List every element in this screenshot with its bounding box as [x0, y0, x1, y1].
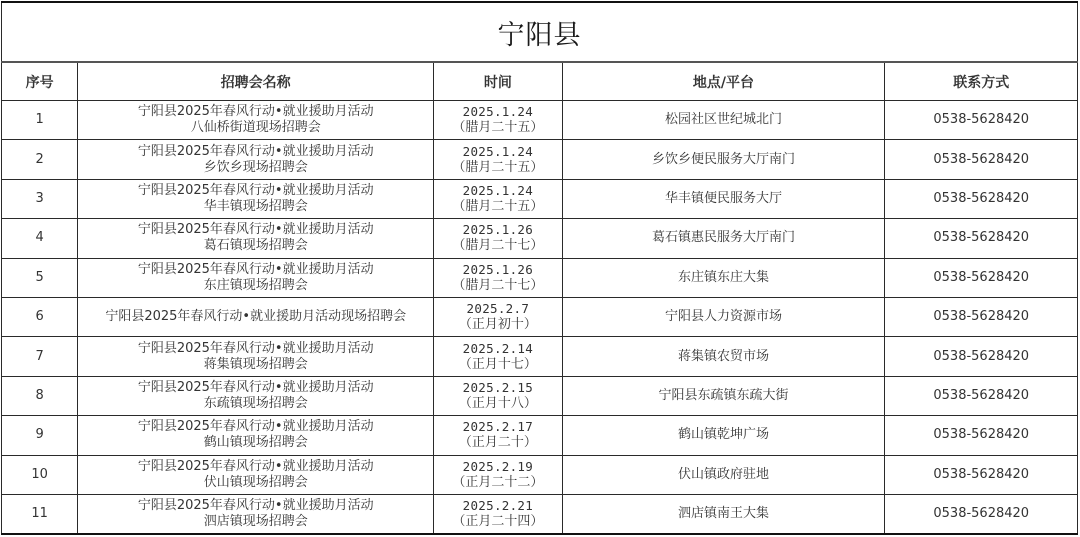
header-no: 序号	[2, 62, 78, 101]
header-row: 序号 招聘会名称 时间 地点/平台 联系方式	[2, 62, 1078, 101]
cell-name: 宁阳县2025年春风行动•就业援助月活动 伏山镇现场招聘会	[78, 455, 434, 494]
cell-place: 伏山镇政府驻地	[562, 455, 885, 494]
contact-phone: 0538-5628420	[933, 191, 1029, 206]
cell-place: 蒋集镇农贸市场	[562, 337, 885, 376]
fair-name-line1: 宁阳县2025年春风行动•就业援助月活动	[78, 459, 433, 475]
fair-name-line2: 东庄镇现场招聘会	[78, 278, 433, 294]
row-number: 5	[35, 270, 43, 285]
fair-lunar-date: （正月初十）	[434, 317, 561, 333]
row-number: 6	[35, 309, 43, 324]
fair-date: 2025.2.14	[434, 341, 561, 357]
cell-time: 2025.2.15 （正月十八）	[434, 376, 562, 415]
fair-name-line2: 蒋集镇现场招聘会	[78, 357, 433, 373]
header-contact: 联系方式	[885, 62, 1078, 101]
contact-phone: 0538-5628420	[933, 467, 1029, 482]
header-name: 招聘会名称	[78, 62, 434, 101]
cell-name: 宁阳县2025年春风行动•就业援助月活动 葛石镇现场招聘会	[78, 219, 434, 258]
fair-date: 2025.2.19	[434, 459, 561, 475]
row-number: 4	[35, 230, 43, 245]
fair-name-line1: 宁阳县2025年春风行动•就业援助月活动	[78, 222, 433, 238]
header-place: 地点/平台	[562, 62, 885, 101]
cell-name: 宁阳县2025年春风行动•就业援助月活动 乡饮乡现场招聘会	[78, 140, 434, 179]
row-number: 8	[35, 388, 43, 403]
fair-place: 鹤山镇乾坤广场	[678, 427, 769, 442]
cell-time: 2025.1.24 （腊月二十五）	[434, 179, 562, 218]
fair-place: 伏山镇政府驻地	[678, 467, 769, 482]
cell-no: 11	[2, 494, 78, 534]
fair-lunar-date: （腊月二十五）	[434, 199, 561, 215]
fair-name-line1: 宁阳县2025年春风行动•就业援助月活动	[78, 183, 433, 199]
cell-name: 宁阳县2025年春风行动•就业援助月活动 华丰镇现场招聘会	[78, 179, 434, 218]
fair-place: 蒋集镇农贸市场	[678, 349, 769, 364]
fair-date: 2025.1.24	[434, 183, 561, 199]
contact-phone: 0538-5628420	[933, 388, 1029, 403]
fair-name-line2: 八仙桥街道现场招聘会	[78, 120, 433, 136]
cell-contact: 0538-5628420	[885, 416, 1078, 455]
cell-contact: 0538-5628420	[885, 140, 1078, 179]
fair-name-line1: 宁阳县2025年春风行动•就业援助月活动	[78, 341, 433, 357]
fair-place: 乡饮乡便民服务大厅南门	[652, 152, 795, 167]
fair-name-line2: 乡饮乡现场招聘会	[78, 160, 433, 176]
table-row: 8 宁阳县2025年春风行动•就业援助月活动 东疏镇现场招聘会 2025.2.1…	[2, 376, 1078, 415]
fair-name-line1: 宁阳县2025年春风行动•就业援助月活动	[78, 380, 433, 396]
contact-phone: 0538-5628420	[933, 152, 1029, 167]
fair-name-line2: 伏山镇现场招聘会	[78, 475, 433, 491]
cell-place: 华丰镇便民服务大厅	[562, 179, 885, 218]
cell-no: 7	[2, 337, 78, 376]
row-number: 9	[35, 427, 43, 442]
fair-lunar-date: （腊月二十七）	[434, 238, 561, 254]
contact-phone: 0538-5628420	[933, 309, 1029, 324]
contact-phone: 0538-5628420	[933, 230, 1029, 245]
table-row: 10 宁阳县2025年春风行动•就业援助月活动 伏山镇现场招聘会 2025.2.…	[2, 455, 1078, 494]
contact-phone: 0538-5628420	[933, 349, 1029, 364]
title-row: 宁阳县	[2, 2, 1078, 62]
table-row: 4 宁阳县2025年春风行动•就业援助月活动 葛石镇现场招聘会 2025.1.2…	[2, 219, 1078, 258]
table-row: 2 宁阳县2025年春风行动•就业援助月活动 乡饮乡现场招聘会 2025.1.2…	[2, 140, 1078, 179]
cell-time: 2025.2.14 （正月十七）	[434, 337, 562, 376]
fair-name-line2: 东疏镇现场招聘会	[78, 396, 433, 412]
row-number: 11	[31, 506, 48, 521]
cell-place: 松园社区世纪城北门	[562, 101, 885, 140]
fair-name-line2: 葛石镇现场招聘会	[78, 238, 433, 254]
fair-lunar-date: （腊月二十七）	[434, 278, 561, 294]
cell-contact: 0538-5628420	[885, 258, 1078, 297]
cell-time: 2025.2.17 （正月二十）	[434, 416, 562, 455]
table-row: 1 宁阳县2025年春风行动•就业援助月活动 八仙桥街道现场招聘会 2025.1…	[2, 101, 1078, 140]
row-number: 7	[35, 349, 43, 364]
fair-name-line1: 宁阳县2025年春风行动•就业援助月活动	[78, 144, 433, 160]
fair-date: 2025.1.26	[434, 262, 561, 278]
fair-name-line2: 华丰镇现场招聘会	[78, 199, 433, 215]
cell-contact: 0538-5628420	[885, 337, 1078, 376]
cell-name: 宁阳县2025年春风行动•就业援助月活动 东疏镇现场招聘会	[78, 376, 434, 415]
cell-contact: 0538-5628420	[885, 455, 1078, 494]
cell-name: 宁阳县2025年春风行动•就业援助月活动 八仙桥街道现场招聘会	[78, 101, 434, 140]
fair-lunar-date: （正月二十二）	[434, 475, 561, 491]
fair-lunar-date: （正月十七）	[434, 357, 561, 373]
cell-name: 宁阳县2025年春风行动•就业援助月活动 蒋集镇现场招聘会	[78, 337, 434, 376]
cell-no: 10	[2, 455, 78, 494]
row-number: 2	[35, 152, 43, 167]
fair-place: 华丰镇便民服务大厅	[665, 191, 782, 206]
contact-phone: 0538-5628420	[933, 112, 1029, 127]
fair-name-line2: 鹤山镇现场招聘会	[78, 435, 433, 451]
cell-contact: 0538-5628420	[885, 101, 1078, 140]
cell-name: 宁阳县2025年春风行动•就业援助月活动 鹤山镇现场招聘会	[78, 416, 434, 455]
fair-name-line2: 泗店镇现场招聘会	[78, 514, 433, 530]
cell-no: 3	[2, 179, 78, 218]
fair-lunar-date: （腊月二十五）	[434, 120, 561, 136]
cell-no: 1	[2, 101, 78, 140]
fair-place: 泗店镇南王大集	[678, 506, 769, 521]
table-row: 11 宁阳县2025年春风行动•就业援助月活动 泗店镇现场招聘会 2025.2.…	[2, 494, 1078, 534]
table-row: 7 宁阳县2025年春风行动•就业援助月活动 蒋集镇现场招聘会 2025.2.1…	[2, 337, 1078, 376]
cell-place: 东庄镇东庄大集	[562, 258, 885, 297]
fair-date: 2025.1.26	[434, 222, 561, 238]
fair-lunar-date: （腊月二十五）	[434, 160, 561, 176]
cell-place: 泗店镇南王大集	[562, 494, 885, 534]
header-time: 时间	[434, 62, 562, 101]
cell-name: 宁阳县2025年春风行动•就业援助月活动 东庄镇现场招聘会	[78, 258, 434, 297]
fair-place: 葛石镇惠民服务大厅南门	[652, 230, 795, 245]
cell-place: 宁阳县人力资源市场	[562, 297, 885, 336]
cell-no: 5	[2, 258, 78, 297]
cell-no: 9	[2, 416, 78, 455]
cell-time: 2025.1.24 （腊月二十五）	[434, 140, 562, 179]
table-title: 宁阳县	[2, 2, 1078, 62]
cell-time: 2025.2.19 （正月二十二）	[434, 455, 562, 494]
fair-name-line1: 宁阳县2025年春风行动•就业援助月活动	[78, 262, 433, 278]
table-row: 9 宁阳县2025年春风行动•就业援助月活动 鹤山镇现场招聘会 2025.2.1…	[2, 416, 1078, 455]
cell-place: 葛石镇惠民服务大厅南门	[562, 219, 885, 258]
fair-name-line1: 宁阳县2025年春风行动•就业援助月活动	[78, 104, 433, 120]
fair-lunar-date: （正月十八）	[434, 396, 561, 412]
cell-place: 乡饮乡便民服务大厅南门	[562, 140, 885, 179]
table-row: 5 宁阳县2025年春风行动•就业援助月活动 东庄镇现场招聘会 2025.1.2…	[2, 258, 1078, 297]
cell-no: 2	[2, 140, 78, 179]
cell-time: 2025.2.7 （正月初十）	[434, 297, 562, 336]
fair-date: 2025.1.24	[434, 104, 561, 120]
cell-place: 宁阳县东疏镇东疏大街	[562, 376, 885, 415]
table-row: 6 宁阳县2025年春风行动•就业援助月活动现场招聘会 2025.2.7 （正月…	[2, 297, 1078, 336]
fair-date: 2025.2.15	[434, 380, 561, 396]
fair-date: 2025.2.7	[434, 301, 561, 317]
fair-name-line1: 宁阳县2025年春风行动•就业援助月活动	[78, 419, 433, 435]
cell-time: 2025.1.26 （腊月二十七）	[434, 258, 562, 297]
cell-no: 8	[2, 376, 78, 415]
row-number: 10	[31, 467, 48, 482]
fair-place: 宁阳县人力资源市场	[665, 309, 782, 324]
row-number: 1	[35, 112, 43, 127]
cell-no: 6	[2, 297, 78, 336]
cell-contact: 0538-5628420	[885, 494, 1078, 534]
cell-contact: 0538-5628420	[885, 219, 1078, 258]
contact-phone: 0538-5628420	[933, 506, 1029, 521]
cell-time: 2025.1.24 （腊月二十五）	[434, 101, 562, 140]
fair-lunar-date: （正月二十）	[434, 435, 561, 451]
cell-name: 宁阳县2025年春风行动•就业援助月活动现场招聘会	[78, 297, 434, 336]
fair-name-line1: 宁阳县2025年春风行动•就业援助月活动现场招聘会	[78, 309, 433, 325]
fair-date: 2025.2.21	[434, 498, 561, 514]
fair-date: 2025.1.24	[434, 144, 561, 160]
cell-time: 2025.2.21 （正月二十四）	[434, 494, 562, 534]
cell-contact: 0538-5628420	[885, 297, 1078, 336]
contact-phone: 0538-5628420	[933, 427, 1029, 442]
fair-name-line1: 宁阳县2025年春风行动•就业援助月活动	[78, 498, 433, 514]
fair-date: 2025.2.17	[434, 419, 561, 435]
cell-no: 4	[2, 219, 78, 258]
row-number: 3	[35, 191, 43, 206]
table-row: 3 宁阳县2025年春风行动•就业援助月活动 华丰镇现场招聘会 2025.1.2…	[2, 179, 1078, 218]
cell-time: 2025.1.26 （腊月二十七）	[434, 219, 562, 258]
fair-place: 宁阳县东疏镇东疏大街	[658, 388, 788, 403]
cell-place: 鹤山镇乾坤广场	[562, 416, 885, 455]
fair-place: 东庄镇东庄大集	[678, 270, 769, 285]
job-fair-table: 宁阳县 序号 招聘会名称 时间 地点/平台 联系方式 1 宁阳县2025年春风行…	[1, 1, 1078, 535]
fair-place: 松园社区世纪城北门	[665, 112, 782, 127]
contact-phone: 0538-5628420	[933, 270, 1029, 285]
fair-lunar-date: （正月二十四）	[434, 514, 561, 530]
cell-name: 宁阳县2025年春风行动•就业援助月活动 泗店镇现场招聘会	[78, 494, 434, 534]
cell-contact: 0538-5628420	[885, 376, 1078, 415]
cell-contact: 0538-5628420	[885, 179, 1078, 218]
